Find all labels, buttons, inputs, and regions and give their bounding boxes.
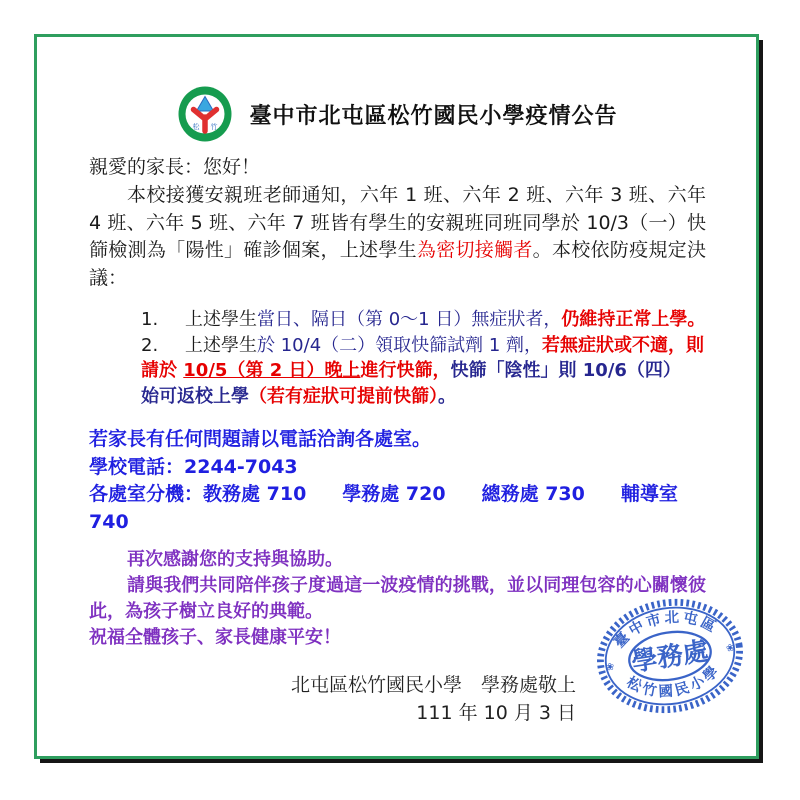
header: 松 竹 臺中市北屯區松竹國民小學疫情公告 xyxy=(89,86,706,142)
stamp-flower-right-icon: ❀ xyxy=(725,642,735,654)
item-2-date-underlined: 10/5（第 2 日）晚上 xyxy=(183,360,360,381)
school-logo-icon: 松 竹 xyxy=(177,86,233,142)
list-item-2: 2.上述學生於 10/4（二）領取快篩試劑 1 劑，若無症狀或不適，則請於 10… xyxy=(141,333,706,410)
item-2-number: 2. xyxy=(141,333,169,359)
svg-text:竹: 竹 xyxy=(211,122,218,131)
item-1-action-highlight: 仍維持正常上學。 xyxy=(561,309,705,330)
greeting-text: 親愛的家長：您好！ xyxy=(89,154,706,180)
signature-line: 北屯區松竹國民小學 學務處敬上 xyxy=(89,671,576,699)
item-1-number: 1. xyxy=(141,307,169,333)
item-2-condition-highlight: 若無症狀或不適，則 xyxy=(542,335,704,356)
announcement-page: 松 竹 臺中市北屯區松竹國民小學疫情公告 親愛的家長：您好！ 本校接獲安親班老師… xyxy=(0,0,800,800)
page-title: 臺中市北屯區松竹國民小學疫情公告 xyxy=(249,99,617,130)
extensions-line: 各處室分機：教務處 710學務處 720總務處 730輔導室 740 xyxy=(89,481,706,536)
item-2-period: 。 xyxy=(438,386,456,407)
item-1-condition: 當日、隔日（第 0～1 日）無症狀者， xyxy=(257,309,561,330)
contact-block: 若家長有任何問題請以電話洽詢各處室。 學校電話：2244-7043 各處室分機：… xyxy=(89,426,706,536)
item-2-test-action: 進行快篩， xyxy=(361,360,451,381)
svg-text:松: 松 xyxy=(193,122,201,131)
intro-paragraph: 本校接獲安親班老師通知，六年 1 班、六年 2 班、六年 3 班、六年 4 班、… xyxy=(89,182,706,292)
item-2-instruction: 請於 xyxy=(141,360,183,381)
item-1-subject: 上述學生 xyxy=(185,309,257,330)
thanks-text: 再次感謝您的支持與協助。 xyxy=(89,547,706,573)
list-item-1: 1.上述學生當日、隔日（第 0～1 日）無症狀者，仍維持正常上學。 xyxy=(141,307,706,333)
school-phone: 學校電話：2244-7043 xyxy=(89,454,706,482)
item-2-negative-result: 快篩「陰性」則 10/6（四） xyxy=(451,360,681,381)
office-seal-stamp: 臺中市北屯區 松竹國民小學 學務處 ❀ ❀ xyxy=(585,584,754,728)
decision-list: 1.上述學生當日、隔日（第 0～1 日）無症狀者，仍維持正常上學。 2.上述學生… xyxy=(141,307,706,409)
extension-academic-affairs: 教務處 710 xyxy=(203,483,306,505)
contact-note: 若家長有任何問題請以電話洽詢各處室。 xyxy=(89,426,706,454)
date-line: 111 年 10 月 3 日 xyxy=(89,699,576,727)
extensions-label: 各處室分機： xyxy=(89,483,203,505)
close-contact-highlight: 為密切接觸者 xyxy=(417,239,533,261)
extension-general-affairs: 總務處 730 xyxy=(482,483,585,505)
page-frame: 松 竹 臺中市北屯區松竹國民小學疫情公告 親愛的家長：您好！ 本校接獲安親班老師… xyxy=(34,34,759,759)
item-2-early-test-note: （若有症狀可提前快篩） xyxy=(249,386,438,407)
extension-student-affairs: 學務處 720 xyxy=(342,483,445,505)
item-2-detail: 於 10/4（二）領取快篩試劑 1 劑， xyxy=(257,335,542,356)
item-2-subject: 上述學生 xyxy=(185,335,257,356)
item-2-return-school: 始可返校上學 xyxy=(141,386,249,407)
stamp-flower-left-icon: ❀ xyxy=(605,661,615,673)
